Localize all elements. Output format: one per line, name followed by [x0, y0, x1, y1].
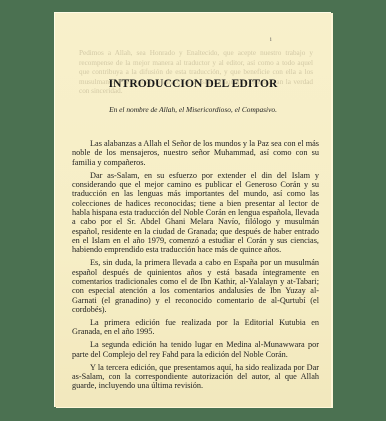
page-number: i: [270, 37, 272, 43]
paragraph: Es, sin duda, la primera llevada a cabo …: [72, 258, 319, 314]
paragraph: La primera edición fue realizada por la …: [72, 318, 319, 337]
paragraph: Y la tercera edición, que presentamos aq…: [72, 363, 319, 391]
page-subtitle: En el nombre de Allah, el Misericordioso…: [55, 105, 331, 114]
paragraph: La segunda edición ha tenido lugar en Me…: [72, 340, 319, 359]
paragraph: Dar as-Salam, en su esfuerzo por extende…: [72, 171, 319, 255]
paragraph: Las alabanzas a Allah el Señor de los mu…: [72, 139, 319, 167]
body-text: Las alabanzas a Allah el Señor de los mu…: [72, 139, 319, 394]
page-title: INTRODUCCION DEL EDITOR: [55, 78, 331, 90]
book-page: Pedimos a Allah, sea Honrado y Enaltecid…: [54, 12, 331, 407]
